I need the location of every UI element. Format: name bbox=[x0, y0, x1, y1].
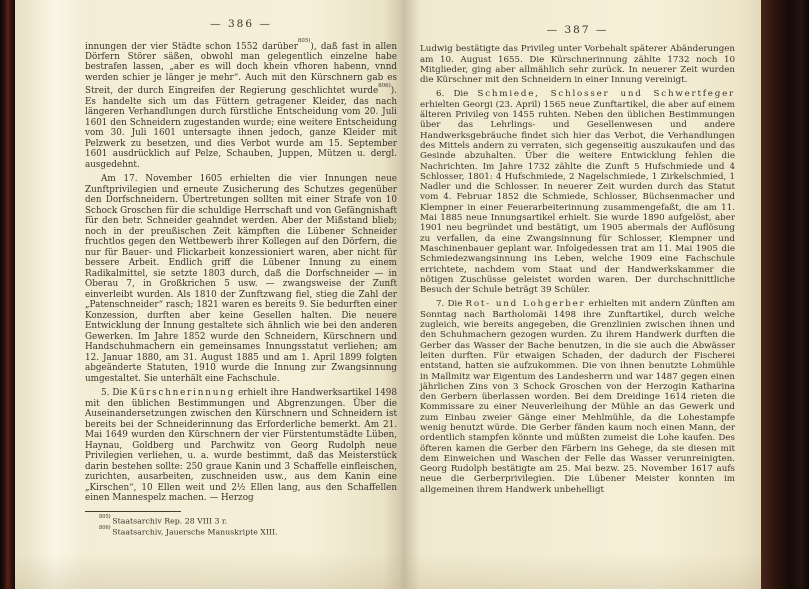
text-run: erhielten mit andern Zünften am Sonntag … bbox=[420, 299, 735, 494]
text-run: 6. Die bbox=[436, 89, 477, 99]
page-number-387: — 387 — bbox=[420, 25, 735, 35]
footnote-list: 805) Staatsarchiv Rep. 28 VIII 3 r.806) … bbox=[85, 515, 397, 537]
text-run: 5. Die bbox=[101, 388, 131, 398]
footnote-reference: 805) bbox=[298, 38, 311, 44]
text-run: Schmiede, Schlosser und Schwertfeger bbox=[477, 89, 735, 99]
page-387-body: Ludwig bestätigte das Privileg unter Vor… bbox=[420, 44, 735, 495]
text-run: innungen der vier Städte schon 1552 darü… bbox=[85, 41, 298, 51]
text-run: Ludwig bestätigte das Privileg unter Vor… bbox=[420, 44, 735, 85]
text-run: Rot- und Lohgerber bbox=[466, 299, 586, 309]
text-run: erhielt ihre Handwerksartikel 1498 mit d… bbox=[85, 388, 397, 503]
paragraph: 6. Die Schmiede, Schlosser und Schwertfe… bbox=[420, 89, 735, 295]
footnote-reference: 806) bbox=[378, 83, 391, 89]
text-run: 7. Die bbox=[436, 299, 466, 309]
scanned-book-photo: — 386 — innungen der vier Städte schon 1… bbox=[0, 0, 809, 589]
footnote: 806) Staatsarchiv, Jauersche Manuskripte… bbox=[85, 526, 397, 537]
footnote-marker: 806) bbox=[99, 525, 112, 531]
paragraph: 5. Die Kürschnerinnung erhielt ihre Hand… bbox=[85, 388, 397, 504]
page-386: — 386 — innungen der vier Städte schon 1… bbox=[85, 19, 397, 537]
paragraph: Am 17. November 1605 erhielten die vier … bbox=[85, 174, 397, 384]
paragraph: Ludwig bestätigte das Privileg unter Vor… bbox=[420, 44, 735, 85]
page-number-386: — 386 — bbox=[85, 19, 397, 30]
footnote-marker: 805) bbox=[99, 514, 112, 520]
footnote-block: 805) Staatsarchiv Rep. 28 VIII 3 r.806) … bbox=[85, 511, 397, 537]
footnote-separator-rule bbox=[85, 511, 181, 512]
book-binding-left-edge bbox=[0, 0, 15, 589]
footnote: 805) Staatsarchiv Rep. 28 VIII 3 r. bbox=[85, 515, 397, 526]
text-run: Kürschnerinnung bbox=[131, 388, 236, 398]
text-run: ). Es handelte sich um das Füttern getra… bbox=[85, 86, 397, 170]
paper-highlight bbox=[30, 0, 85, 589]
paragraph: 7. Die Rot- und Lohgerber erhielten mit … bbox=[420, 299, 735, 495]
bottom-shadow bbox=[15, 553, 761, 589]
page-387: — 387 — Ludwig bestätigte das Privileg u… bbox=[420, 25, 735, 495]
page-386-body: innungen der vier Städte schon 1552 darü… bbox=[85, 39, 397, 504]
text-run: Am 17. November 1605 erhielten die vier … bbox=[85, 174, 397, 384]
paragraph: innungen der vier Städte schon 1552 darü… bbox=[85, 39, 397, 171]
text-run: erhielten Georgi (23. April) 1565 neue Z… bbox=[420, 100, 735, 295]
book-right-edge bbox=[761, 0, 809, 589]
